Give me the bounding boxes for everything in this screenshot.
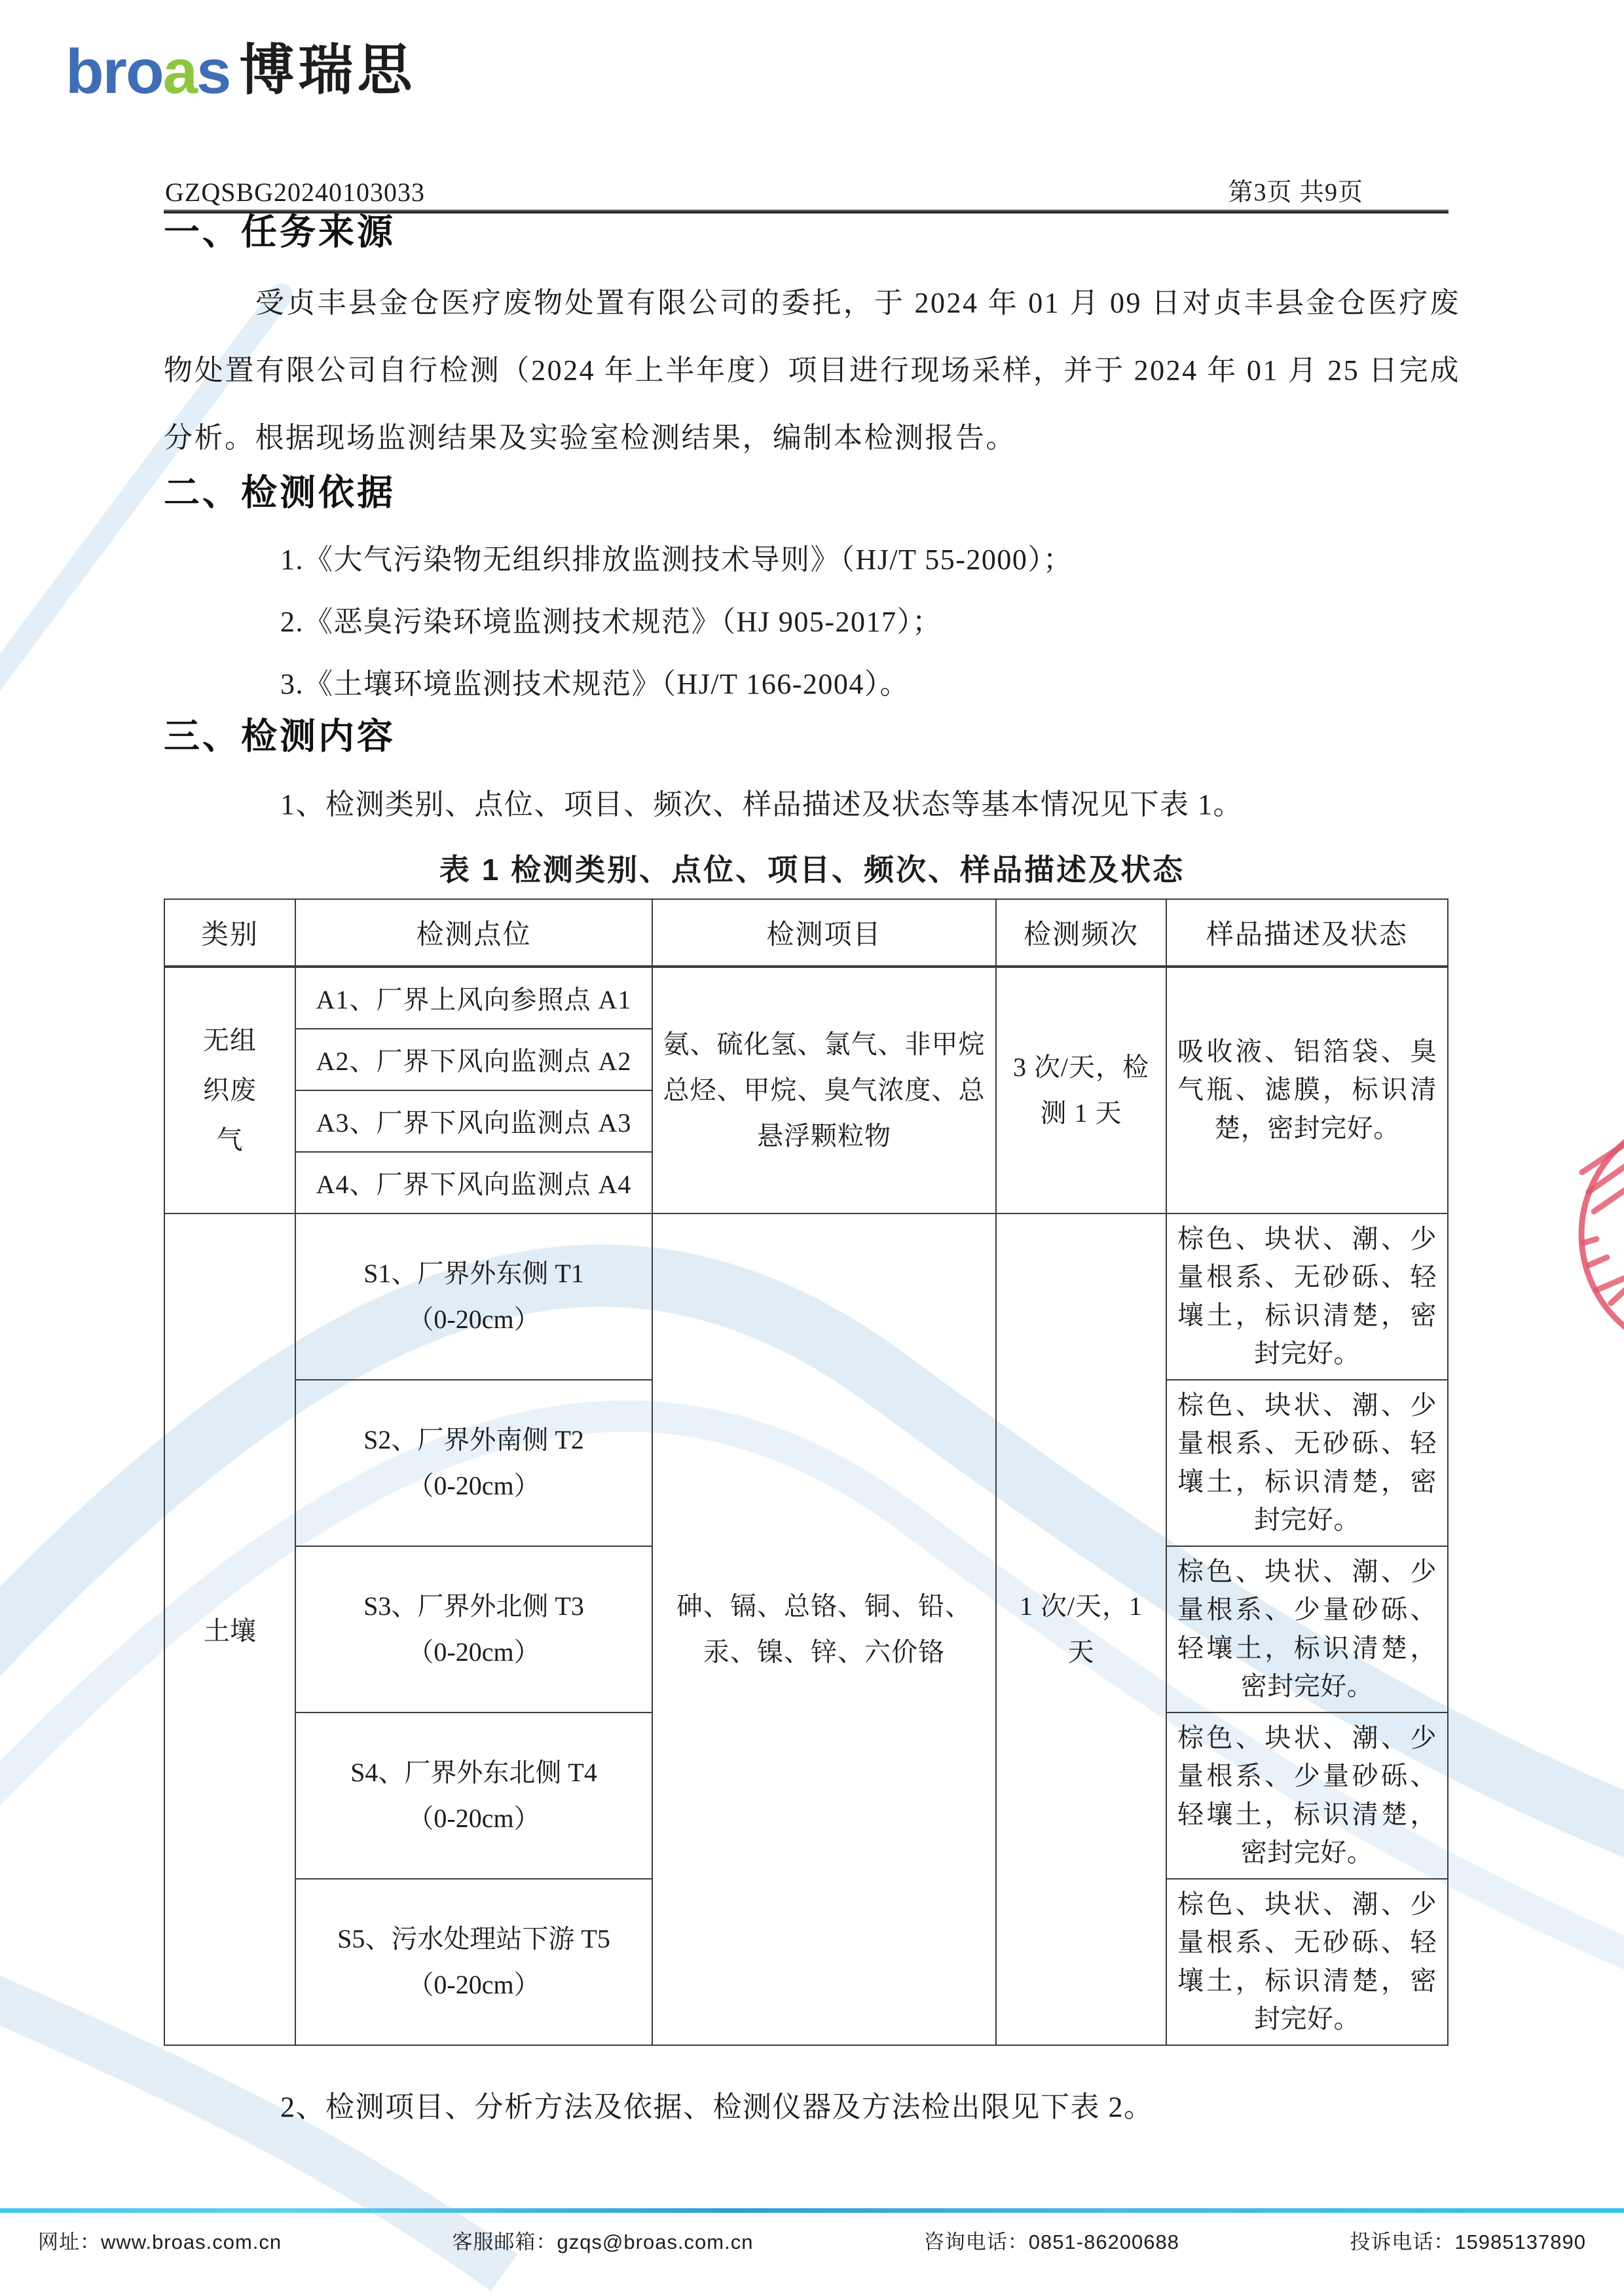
footer-divider-line bbox=[0, 2208, 1624, 2213]
footer-complaint-phone: 投诉电话：15985137890 bbox=[1350, 2225, 1586, 2255]
section-title-content: 三、检测内容 bbox=[164, 715, 1460, 758]
logo-text-cn: 博瑞思 bbox=[239, 39, 416, 101]
footer-phone: 咨询电话：0851-86200688 bbox=[924, 2225, 1179, 2255]
table1-title: 表 1 检测类别、点位、项目、频次、样品描述及状态 bbox=[164, 846, 1460, 889]
soil-point-cell: S3、厂界外北侧 T3 （0-20cm） bbox=[295, 1546, 652, 1713]
document-body: 一、任务来源 受贞丰县金仓医疗废物处置有限公司的委托，于 2024 年 01 月… bbox=[164, 211, 1460, 2138]
page-number-label: 第3页 共9页 bbox=[1228, 172, 1449, 208]
col-header-category: 类别 bbox=[164, 899, 295, 967]
soil-point-cell: S5、污水处理站下游 T5 （0-20cm） bbox=[295, 1879, 652, 2045]
gas-point-cell: A2、厂界下风向监测点 A2 bbox=[295, 1029, 652, 1090]
doc-number: GZQSBG20240103033 bbox=[165, 177, 425, 208]
basis-item: 3.《土壤环境监测技术规范》（HJ/T 166-2004）。 bbox=[164, 653, 1460, 715]
gas-items-cell: 氨、硫化氢、氯气、非甲烷总烃、甲烷、臭气浓度、总悬浮颗粒物 bbox=[652, 967, 996, 1213]
broas-logo: broas博瑞思 bbox=[65, 41, 416, 103]
footer: 网址：www.broas.com.cn 客服邮箱：gzqs@broas.com.… bbox=[0, 2225, 1624, 2255]
basis-item: 2.《恶臭污染环境监测技术规范》（HJ 905-2017）； bbox=[164, 591, 1460, 653]
soil-sample-cell: 棕色、块状、潮、少量根系、无砂砾、轻壤土，标识清楚，密封完好。 bbox=[1166, 1879, 1448, 2045]
table-row: 无组织废气 A1、厂界上风向参照点 A1 氨、硫化氢、氯气、非甲烷总烃、甲烷、臭… bbox=[164, 967, 1448, 1029]
logo-text-blue1: bro bbox=[65, 37, 163, 107]
gas-frequency-cell: 3 次/天，检测 1 天 bbox=[996, 967, 1166, 1213]
gas-category-cell: 无组织废气 bbox=[164, 967, 295, 1213]
col-header-point: 检测点位 bbox=[295, 899, 652, 967]
page-header: GZQSBG20240103033 第3页 共9页 bbox=[165, 172, 1449, 208]
basis-list: 1.《大气污染物无组织排放监测技术导则》（HJ/T 55-2000）； 2.《恶… bbox=[164, 528, 1460, 715]
logo-text-blue2: s bbox=[196, 37, 230, 107]
basis-item: 1.《大气污染物无组织排放监测技术导则》（HJ/T 55-2000）； bbox=[164, 528, 1460, 591]
soil-point-cell: S2、厂界外南侧 T2 （0-20cm） bbox=[295, 1380, 652, 1546]
gas-point-cell: A1、厂界上风向参照点 A1 bbox=[295, 967, 652, 1029]
soil-sample-cell: 棕色、块状、潮、少量根系、少量砂砾、轻壤土，标识清楚，密封完好。 bbox=[1166, 1713, 1448, 1879]
task-source-paragraph: 受贞丰县金仓医疗废物处置有限公司的委托，于 2024 年 01 月 09 日对贞… bbox=[164, 269, 1460, 472]
content-note-after-table: 2、检测项目、分析方法及依据、检测仪器及方法检出限见下表 2。 bbox=[164, 2076, 1460, 2138]
gas-point-cell: A4、厂界下风向监测点 A4 bbox=[295, 1152, 652, 1213]
red-stamp bbox=[1551, 1094, 1624, 1395]
soil-category-cell: 土壤 bbox=[164, 1213, 295, 2045]
soil-point-cell: S1、厂界外东侧 T1 （0-20cm） bbox=[295, 1213, 652, 1380]
logo-text-green: a bbox=[163, 37, 196, 107]
footer-email: 客服邮箱：gzqs@broas.com.cn bbox=[452, 2225, 753, 2255]
gas-sample-cell: 吸收液、铝箔袋、臭气瓶、滤膜，标识清楚，密封完好。 bbox=[1166, 967, 1448, 1213]
col-header-sample: 样品描述及状态 bbox=[1166, 899, 1448, 967]
section-title-basis: 二、检测依据 bbox=[164, 472, 1460, 514]
col-header-item: 检测项目 bbox=[652, 899, 996, 967]
report-page: broas博瑞思 GZQSBG20240103033 第3页 共9页 一、任务来… bbox=[0, 0, 1624, 2296]
soil-point-cell: S4、厂界外东北侧 T4 （0-20cm） bbox=[295, 1713, 652, 1879]
soil-frequency-cell: 1 次/天，1 天 bbox=[996, 1213, 1166, 2045]
section-title-task-source: 一、任务来源 bbox=[164, 211, 1460, 253]
table-row: 土壤 S1、厂界外东侧 T1 （0-20cm） 砷、镉、总铬、铜、铅、汞、镍、锌… bbox=[164, 1213, 1448, 1380]
table1: 类别 检测点位 检测项目 检测频次 样品描述及状态 无组织废气 A1、厂界上风向… bbox=[164, 898, 1449, 2046]
col-header-frequency: 检测频次 bbox=[996, 899, 1166, 967]
content-intro: 1、检测类别、点位、项目、频次、样品描述及状态等基本情况见下表 1。 bbox=[164, 773, 1460, 836]
soil-sample-cell: 棕色、块状、潮、少量根系、少量砂砾、轻壤土，标识清楚，密封完好。 bbox=[1166, 1546, 1448, 1713]
soil-sample-cell: 棕色、块状、潮、少量根系、无砂砾、轻壤土，标识清楚，密封完好。 bbox=[1166, 1213, 1448, 1380]
soil-sample-cell: 棕色、块状、潮、少量根系、无砂砾、轻壤土，标识清楚，密封完好。 bbox=[1166, 1380, 1448, 1546]
soil-items-cell: 砷、镉、总铬、铜、铅、汞、镍、锌、六价铬 bbox=[652, 1213, 996, 2045]
gas-point-cell: A3、厂界下风向监测点 A3 bbox=[295, 1090, 652, 1152]
table1-header-row: 类别 检测点位 检测项目 检测频次 样品描述及状态 bbox=[164, 899, 1448, 967]
footer-website: 网址：www.broas.com.cn bbox=[38, 2225, 282, 2255]
